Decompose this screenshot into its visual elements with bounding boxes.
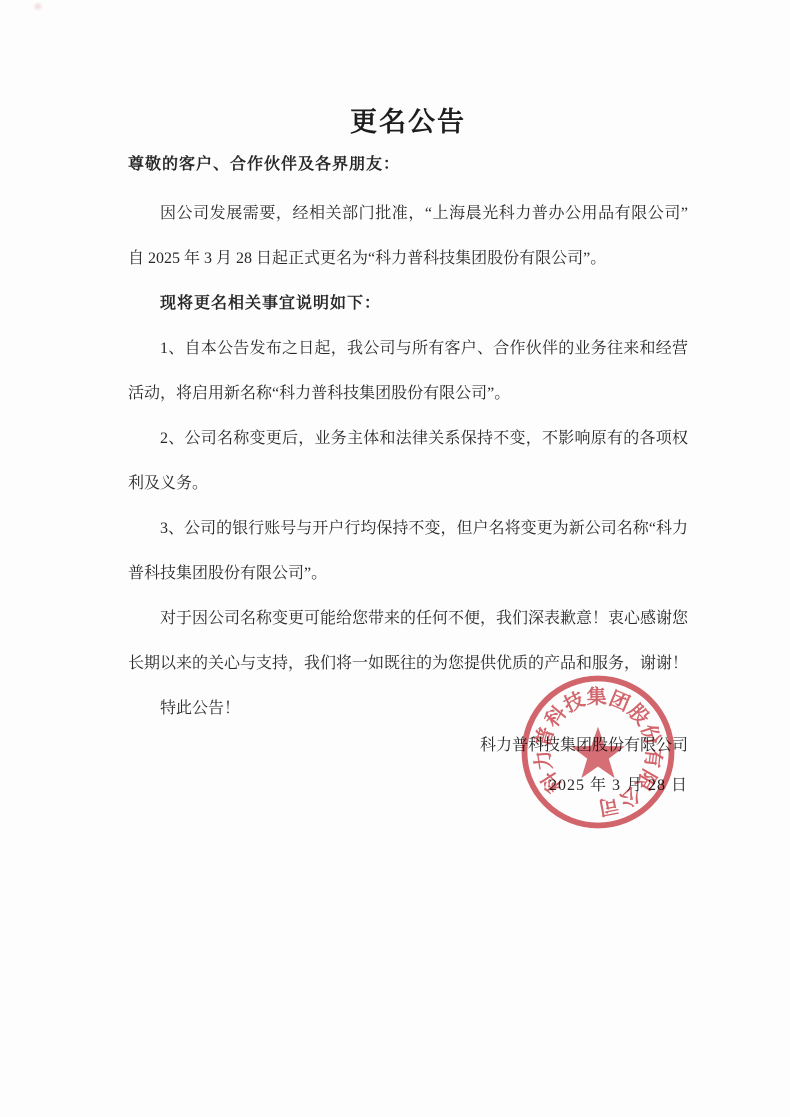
scan-artifact — [33, 2, 43, 11]
document-paragraph: 1、自本公告发布之日起，我公司与所有客户、合作伙伴的业务往来和经营活动，将启用新… — [128, 326, 688, 416]
document-title: 更名公告 — [128, 100, 688, 139]
document-paragraph: 2、公司名称变更后，业务主体和法律关系保持不变，不影响原有的各项权利及义务。 — [128, 416, 688, 506]
paragraph-line: 特此公告！ — [128, 686, 688, 731]
signature-block: 科力普科技集团股份有限公司 2025 年 3 月 28 日 — [128, 726, 688, 806]
signature-date: 2025 年 3 月 28 日 — [128, 766, 688, 806]
document-body: 尊敬的客户、合作伙伴及各界朋友： 因公司发展需要，经相关部门批准，“上海晨光科力… — [128, 142, 688, 731]
document-paragraph: 特此公告！ — [128, 686, 688, 731]
paragraph-line: 活动，将启用新名称“科力普科技集团股份有限公司”。 — [128, 371, 688, 416]
paragraph-line: 现将更名相关事宜说明如下： — [128, 281, 688, 326]
document-paragraph: 对于因公司名称变更可能给您带来的任何不便，我们深表歉意！衷心感谢您长期以来的关心… — [128, 596, 688, 686]
paragraph-line: 1、自本公告发布之日起，我公司与所有客户、合作伙伴的业务往来和经营 — [128, 326, 688, 371]
signature-company: 科力普科技集团股份有限公司 — [128, 726, 688, 766]
paragraph-line: 自 2025 年 3 月 28 日起正式更名为“科力普科技集团股份有限公司”。 — [128, 236, 688, 281]
document-paragraph: 因公司发展需要，经相关部门批准，“上海晨光科力普办公用品有限公司”自 2025 … — [128, 191, 688, 281]
paragraph-line: 对于因公司名称变更可能给您带来的任何不便，我们深表歉意！衷心感谢您 — [128, 596, 688, 641]
paragraph-line: 长期以来的关心与支持，我们将一如既往的为您提供优质的产品和服务，谢谢！ — [128, 641, 688, 686]
paragraph-line: 普科技集团股份有限公司”。 — [128, 551, 688, 596]
paragraph-line: 3、公司的银行账号与开户行均保持不变，但户名将变更为新公司名称“科力 — [128, 506, 688, 551]
document-paragraph: 现将更名相关事宜说明如下： — [128, 281, 688, 326]
paragraph-line: 利及义务。 — [128, 461, 688, 506]
salutation: 尊敬的客户、合作伙伴及各界朋友： — [128, 142, 688, 187]
announcement-page: 更名公告 尊敬的客户、合作伙伴及各界朋友： 因公司发展需要，经相关部门批准，“上… — [0, 0, 790, 1117]
document-paragraph: 3、公司的银行账号与开户行均保持不变，但户名将变更为新公司名称“科力普科技集团股… — [128, 506, 688, 596]
paragraph-line: 因公司发展需要，经相关部门批准，“上海晨光科力普办公用品有限公司” — [128, 191, 688, 236]
paragraph-line: 2、公司名称变更后，业务主体和法律关系保持不变，不影响原有的各项权 — [128, 416, 688, 461]
